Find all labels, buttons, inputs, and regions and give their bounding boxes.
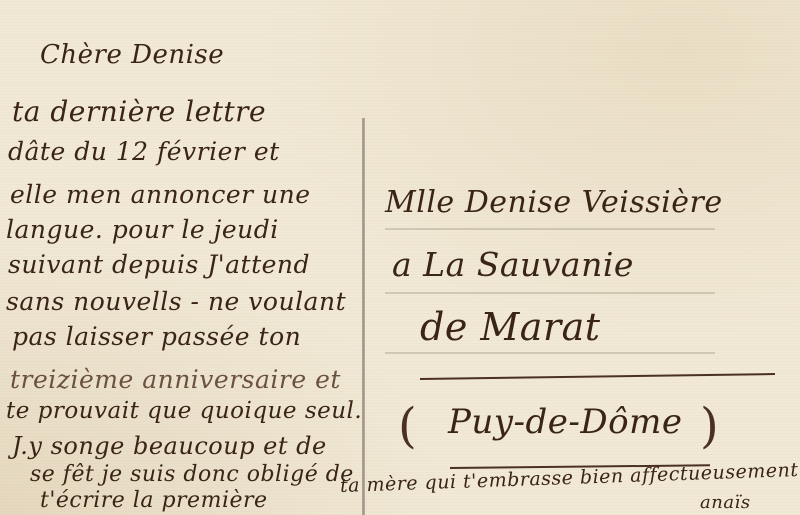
salutation: Chère Denise <box>40 40 224 70</box>
address-rule <box>385 292 715 294</box>
message-line: te prouvait que quoique seul. <box>6 398 362 424</box>
message-line: suivant depuis J'attend <box>8 250 310 279</box>
ink-underline <box>420 373 775 379</box>
message-line: langue. pour le jeudi <box>6 215 279 244</box>
postcard: Chère Denise ta dernière lettre dâte du … <box>0 0 800 515</box>
address-region: Puy-de-Dôme <box>448 402 682 442</box>
address-rule <box>385 228 715 230</box>
address-line-2: a La Sauvanie <box>392 245 634 284</box>
message-line: J.y songe beaucoup et de <box>12 432 327 460</box>
center-divider <box>362 118 365 515</box>
left-brace: ( <box>398 398 417 454</box>
message-line: ta dernière lettre <box>12 95 266 128</box>
address-line-3: de Marat <box>420 305 601 349</box>
message-line: sans nouvells - ne voulant <box>6 287 346 316</box>
address-rule <box>385 352 715 354</box>
address-recipient: Mlle Denise Veissière <box>385 185 723 220</box>
message-line: t'écrire la première <box>40 488 268 513</box>
message-line: elle men annoncer une <box>10 180 311 209</box>
message-line: pas laisser passée ton <box>12 322 301 351</box>
signature: anaïs <box>700 492 751 513</box>
right-brace: ) <box>700 398 719 454</box>
message-line: se fêt je suis donc obligé de <box>30 462 354 487</box>
message-line: dâte du 12 février et <box>8 137 280 166</box>
message-line: treizième anniversaire et <box>10 365 341 394</box>
